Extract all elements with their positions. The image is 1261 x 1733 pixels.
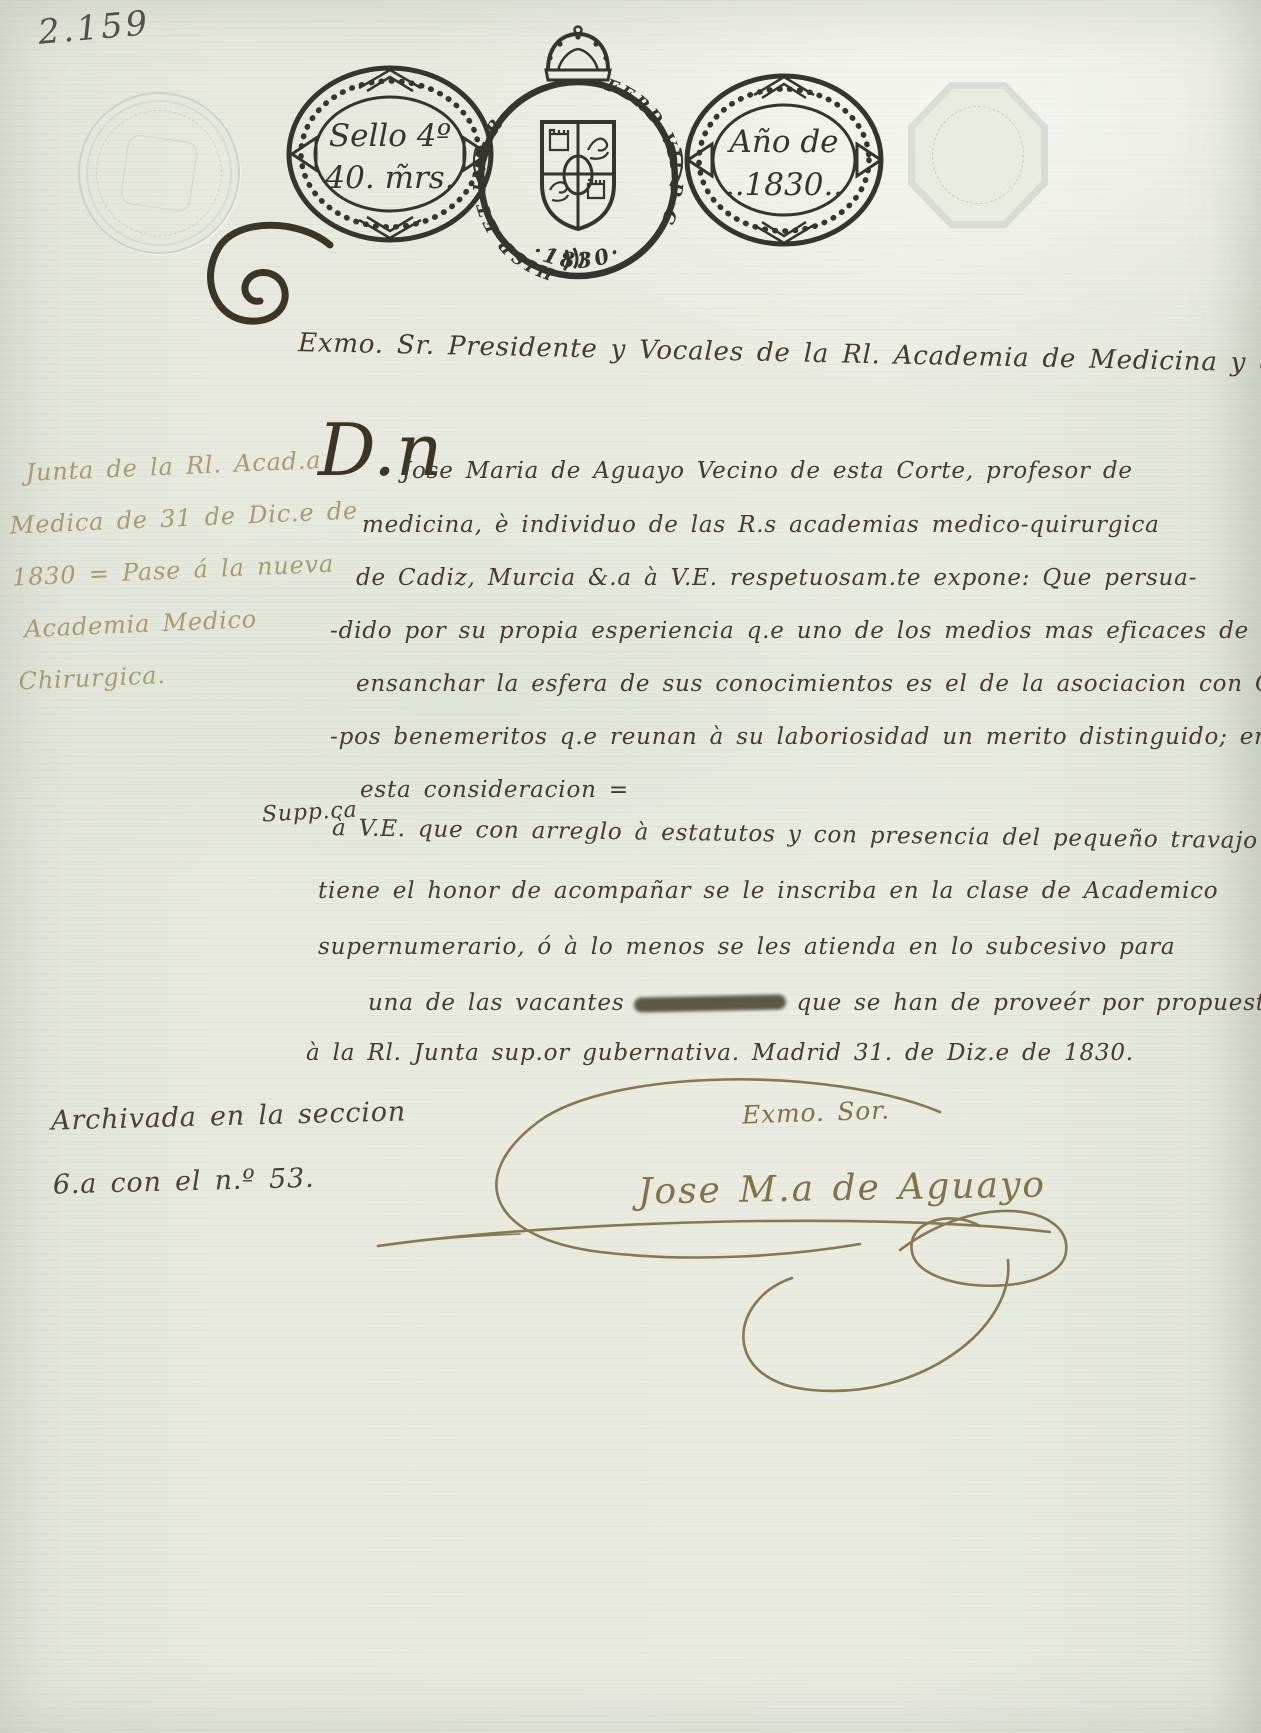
suplica-line: à V.E. que con arreglo à estatutos y con…: [332, 815, 1261, 855]
suplica-line: supernumerario, ó à lo menos se les atie…: [318, 934, 1175, 960]
archive-number: 2.159: [36, 3, 151, 53]
body-line: ensanchar la esfera de sus conocimientos…: [356, 671, 1261, 697]
suplica-line-with-strikeout: una de las vacantesque se han de proveér…: [368, 990, 1261, 1016]
signature-rubric-flourish: [360, 1060, 1100, 1440]
stamp-foot-mark: [560, 246, 590, 272]
body-line: medicina, è individuo de las R.s academi…: [362, 512, 1160, 538]
heading-salutation: Exmo. Sr. Presidente y Vocales de la Rl.…: [298, 328, 1261, 382]
sello-line1: Sello 4º: [329, 118, 451, 154]
anno-line2: ..1830..: [725, 167, 843, 203]
year-stamp-1830: Año de ..1830..: [682, 70, 887, 250]
sello-line2: 40. m̃rs.: [324, 160, 454, 196]
dotted-ring: [699, 89, 869, 231]
margin-note: Junta de la Rl. Acad.a Medica de 31 de D…: [6, 433, 365, 708]
embossed-octagon-ring: [932, 106, 1024, 204]
shield-quarters: [542, 122, 614, 229]
crossed-out-text: [634, 994, 786, 1012]
body-line: -pos benemeritos q.e reunan à su laborio…: [330, 724, 1261, 750]
archival-note-line: 6.a con el n.º 53.: [52, 1144, 408, 1217]
embossed-seal-right: [908, 82, 1048, 228]
body-line: esta consideracion =: [360, 777, 629, 803]
archival-note: Archivada en la seccion 6.a con el n.º 5…: [50, 1080, 408, 1217]
dotted-ring: [301, 81, 479, 227]
anno-line1: Año de: [726, 124, 838, 160]
manuscript-page: 2.159 Sello 4º 40. m̃rs.: [0, 0, 1261, 1733]
body-line: -dido por su propia esperiencia q.e uno …: [330, 618, 1249, 644]
suplica-line-before: una de las vacantes: [368, 990, 624, 1016]
body-line: de Cadiz, Murcia &.a à V.E. respetuosam.…: [356, 565, 1197, 591]
castle-icon: [550, 130, 568, 150]
archival-note-line: Archivada en la seccion: [50, 1080, 406, 1153]
embossed-seal-core: [119, 133, 198, 212]
lion-icon: [588, 139, 608, 159]
bottom-chevron: [359, 217, 421, 238]
crown-icon: [546, 27, 610, 81]
royal-seal-stamp: HISP·ET·IND·R· ·FERD·VII·D·G ·1830·: [462, 22, 694, 284]
lion-icon: [550, 182, 568, 200]
suplica-line-after: que se han de proveér por propuesta: [796, 990, 1261, 1016]
suplica-line: tiene el honor de acompañar se le inscri…: [318, 878, 1218, 904]
body-line: Jose Maria de Aguayo Vecino de esta Cort…: [402, 458, 1133, 484]
